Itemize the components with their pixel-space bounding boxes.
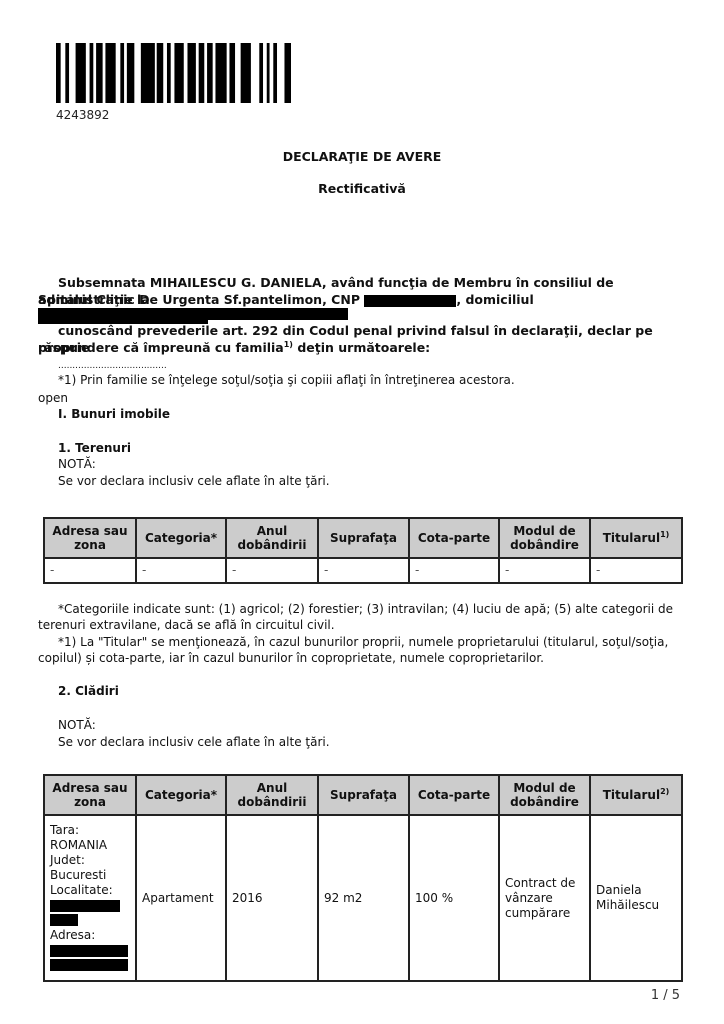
family-note: *1) Prin familie se înţelege soţul/soţia… bbox=[58, 372, 515, 388]
subsection-cladiri: 2. Clădiri bbox=[58, 683, 119, 699]
section-bunuri-imobile: I. Bunuri imobile bbox=[58, 406, 170, 422]
col-adresa: Adresa sau zona bbox=[44, 775, 136, 815]
col-suprafata: Suprafaţa bbox=[318, 518, 409, 558]
footnote-titular-1: *1) La "Titular" se menţionează, în cazu… bbox=[58, 634, 668, 650]
cell-address: Tara: ROMANIA Judet: Bucuresti Localitat… bbox=[44, 815, 136, 981]
barcode-number: 4243892 bbox=[56, 108, 109, 122]
col-anul: Anul dobândirii bbox=[226, 775, 318, 815]
redacted-adresa-2 bbox=[50, 959, 128, 971]
col-titular-sup: 2) bbox=[660, 787, 669, 796]
judet-label: Judet: bbox=[50, 853, 130, 868]
col-cota: Cota-parte bbox=[409, 775, 499, 815]
document-title: DECLARAŢIE DE AVERE bbox=[0, 149, 724, 164]
intro-text-2: Spitalul Clinic De Urgenta Sf.pantelimon… bbox=[38, 292, 360, 307]
adresa-label: Adresa: bbox=[50, 928, 130, 943]
cell: - bbox=[318, 558, 409, 583]
terenuri-note-label: NOTĂ: bbox=[58, 456, 96, 472]
cladiri-note-label: NOTĂ: bbox=[58, 717, 96, 733]
col-categoria: Categoria* bbox=[136, 518, 226, 558]
table-row: Tara: ROMANIA Judet: Bucuresti Localitat… bbox=[44, 815, 682, 981]
col-titular: Titularul1) bbox=[590, 518, 682, 558]
redacted-cnp bbox=[364, 295, 456, 307]
cell-cota: 100 % bbox=[409, 815, 499, 981]
document-subtitle: Rectificativă bbox=[0, 181, 724, 196]
col-titular-label: Titularul bbox=[603, 531, 660, 545]
terenuri-table-header: Adresa sau zona Categoria* Anul dobândir… bbox=[44, 518, 682, 558]
cell: - bbox=[499, 558, 590, 583]
col-titular: Titularul2) bbox=[590, 775, 682, 815]
open-label: open bbox=[38, 390, 68, 406]
cell: - bbox=[590, 558, 682, 583]
cell-categoria: Apartament bbox=[136, 815, 226, 981]
cell: - bbox=[409, 558, 499, 583]
footnote-titular-2: copilul) și cota-parte, iar în cazul bun… bbox=[38, 650, 544, 666]
col-anul: Anul dobândirii bbox=[226, 518, 318, 558]
intro-line-4: răspundere că împreună cu familia1) deţi… bbox=[38, 339, 688, 356]
footnote-categorii-1: *Categoriile indicate sunt: (1) agricol;… bbox=[58, 601, 673, 617]
subsection-terenuri: 1. Terenuri bbox=[58, 440, 131, 456]
barcode-image bbox=[56, 43, 291, 103]
cladiri-table-header: Adresa sau zona Categoria* Anul dobândir… bbox=[44, 775, 682, 815]
cell-modul: Contract de vânzare cumpărare bbox=[499, 815, 590, 981]
cladiri-note-text: Se vor declara inclusiv cele aflate în a… bbox=[58, 734, 330, 750]
terenuri-table: Adresa sau zona Categoria* Anul dobândir… bbox=[43, 517, 683, 584]
col-titular-label: Titularul bbox=[603, 788, 660, 802]
cell: - bbox=[226, 558, 318, 583]
terenuri-note-text: Se vor declara inclusiv cele aflate în a… bbox=[58, 473, 330, 489]
footnote-ref: 1) bbox=[284, 340, 293, 349]
footnote-categorii-2: terenuri extravilane, dacă se află în ci… bbox=[38, 617, 335, 633]
col-categoria: Categoria* bbox=[136, 775, 226, 815]
tara-value: ROMANIA bbox=[50, 838, 130, 853]
redacted-address-continued bbox=[38, 308, 348, 320]
cell: - bbox=[44, 558, 136, 583]
intro-domicile-label: , domiciliul bbox=[456, 292, 533, 307]
col-modul: Modul de dobândire bbox=[499, 775, 590, 815]
cell-anul: 2016 bbox=[226, 815, 318, 981]
intro-text-4: răspundere că împreună cu familia bbox=[38, 340, 284, 355]
col-cota: Cota-parte bbox=[409, 518, 499, 558]
cell-titular: Daniela Mihăilescu bbox=[590, 815, 682, 981]
cell: - bbox=[136, 558, 226, 583]
col-adresa: Adresa sau zona bbox=[44, 518, 136, 558]
cell-suprafata: 92 m2 bbox=[318, 815, 409, 981]
page-indicator: 1 / 5 bbox=[651, 988, 680, 1003]
col-modul: Modul de dobândire bbox=[499, 518, 590, 558]
tara-label: Tara: bbox=[50, 823, 130, 838]
intro-text-4b: deţin următoarele: bbox=[293, 340, 430, 355]
table-row: - - - - - - - bbox=[44, 558, 682, 583]
col-titular-sup: 1) bbox=[660, 530, 669, 539]
judet-value: Bucuresti bbox=[50, 868, 130, 883]
redacted-localitate-2 bbox=[50, 914, 78, 926]
cladiri-table: Adresa sau zona Categoria* Anul dobândir… bbox=[43, 774, 683, 982]
localitate-label: Localitate: bbox=[50, 883, 130, 898]
col-suprafata: Suprafaţa bbox=[318, 775, 409, 815]
redacted-adresa bbox=[50, 945, 128, 957]
redacted-localitate bbox=[50, 900, 120, 912]
